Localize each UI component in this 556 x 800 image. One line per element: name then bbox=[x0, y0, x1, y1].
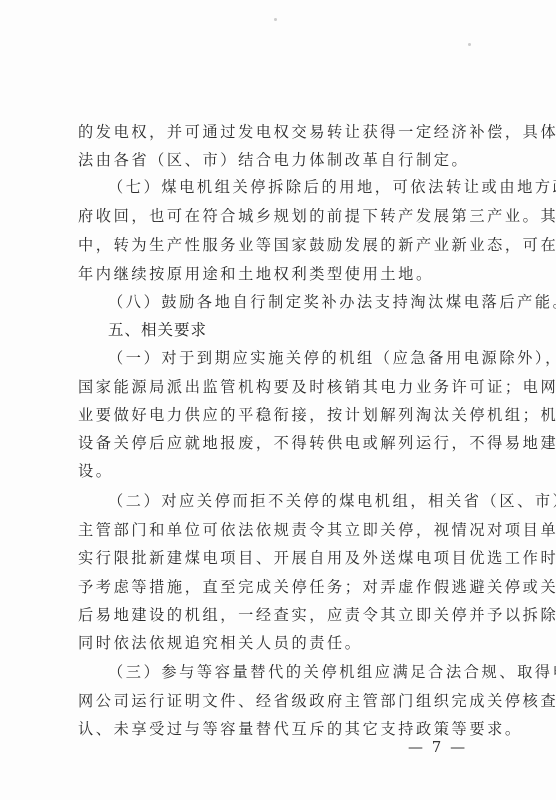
text-line: 设备关停后应就地报废，不得转供电或解列运行，不得易地建 bbox=[78, 433, 464, 453]
requirement-2-start: （二）对应关停而拒不关停的煤电机组，相关省（区、市） bbox=[108, 491, 464, 511]
text-line: 府收回，也可在符合城乡规划的前提下转产发展第三产业。其 bbox=[78, 206, 464, 226]
text-line: 主管部门和单位可依法依规责令其立即关停，视情况对项目单位 bbox=[78, 520, 464, 540]
text-line: 网公司运行证明文件、经省级政府主管部门组织完成关停核查确 bbox=[78, 691, 464, 711]
requirement-1-start: （一）对于到期应实施关停的机组（应急备用电源除外）， bbox=[108, 348, 464, 368]
paragraph-7-start: （七）煤电机组关停拆除后的用地，可依法转让或由地方政 bbox=[108, 177, 464, 197]
text-line: 年内继续按原用途和土地权利类型使用土地。 bbox=[78, 264, 464, 284]
document-page: 的发电权，并可通过发电权交易转让获得一定经济补偿，具体办 法由各省（区、市）结合… bbox=[0, 0, 556, 800]
text-line: 国家能源局派出监管机构要及时核销其电力业务许可证；电网企 bbox=[78, 377, 464, 397]
text-line: 实行限批新建煤电项目、开展自用及外送煤电项目优选工作时不 bbox=[78, 548, 464, 568]
text-line: 后易地建设的机组，一经查实，应责令其立即关停并予以拆除， bbox=[78, 605, 464, 625]
text-line: 业要做好电力供应的平稳衔接，按计划解列淘汰关停机组；机组 bbox=[78, 405, 464, 425]
requirement-3-start: （三）参与等容量替代的关停机组应满足合法合规、取得电 bbox=[108, 662, 464, 682]
text-line: 同时依法依规追究相关人员的责任。 bbox=[78, 633, 464, 653]
text-line: 认、未享受过与等容量替代互斥的其它支持政策等要求。 bbox=[78, 719, 464, 739]
text-line: 法由各省（区、市）结合电力体制改革自行制定。 bbox=[78, 150, 464, 170]
scan-speck bbox=[468, 43, 471, 46]
text-line: 设。 bbox=[78, 461, 464, 481]
text-line: 中，转为生产性服务业等国家鼓励发展的新产业新业态，可在 5 bbox=[78, 235, 464, 255]
scan-speck bbox=[274, 18, 277, 21]
section-heading: 五、相关要求 bbox=[108, 320, 207, 340]
text-line: 予考虑等措施，直至完成关停任务；对弄虚作假逃避关停或关停 bbox=[78, 577, 464, 597]
paragraph-8: （八）鼓励各地自行制定奖补办法支持淘汰煤电落后产能。 bbox=[108, 292, 464, 312]
page-number: — 7 — bbox=[408, 737, 467, 757]
text-line: 的发电权，并可通过发电权交易转让获得一定经济补偿，具体办 bbox=[78, 122, 464, 142]
